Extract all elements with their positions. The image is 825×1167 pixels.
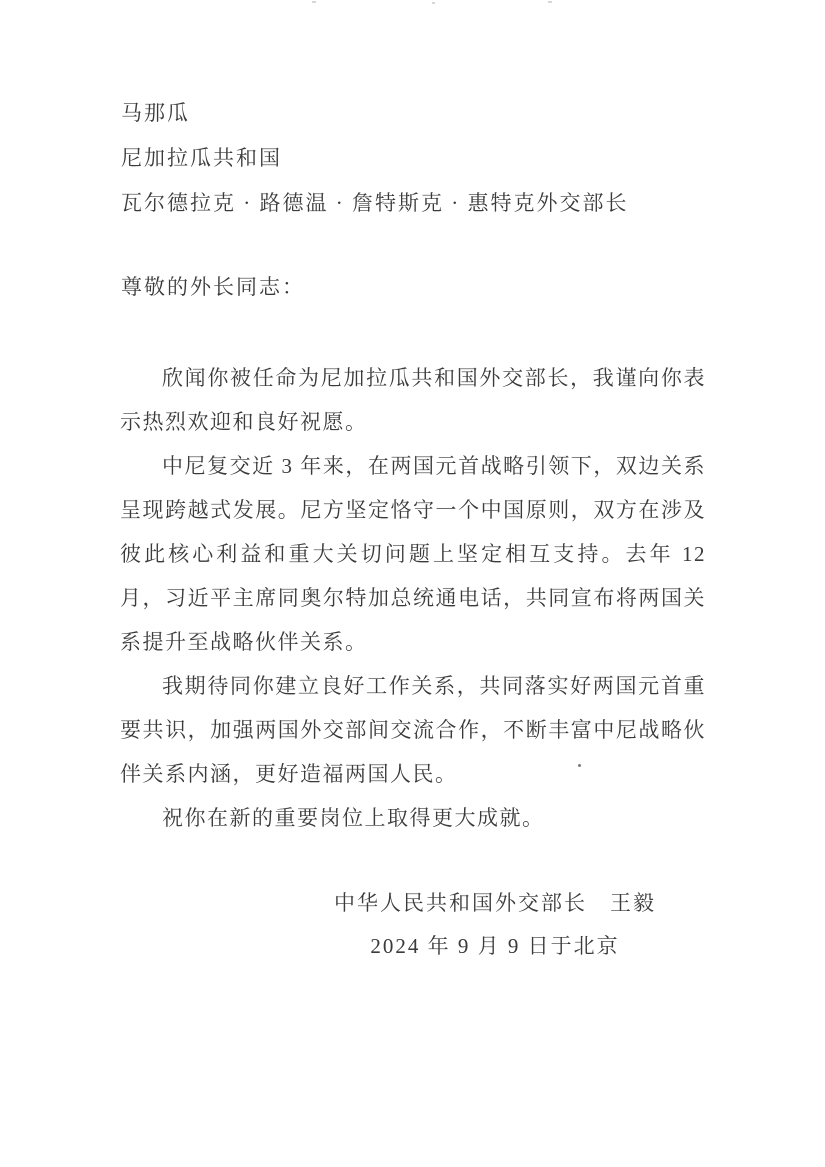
signature-line: 中华人民共和国外交部长 王毅: [245, 882, 745, 925]
scan-speck: [548, 1, 552, 3]
recipient-country: 尼加拉瓜共和国: [121, 136, 628, 181]
body-paragraph-3: 我期待同你建立良好工作关系，共同落实好两国元首重要共识，加强两国外交部间交流合作…: [120, 664, 706, 796]
body-paragraph-4: 祝你在新的重要岗位上取得更大成就。: [120, 796, 706, 840]
signature-block: 中华人民共和国外交部长 王毅 2024 年 9 月 9 日于北京: [245, 882, 745, 968]
scan-artifact-dot: [578, 764, 581, 767]
recipient-city: 马那瓜: [121, 91, 628, 136]
scan-speck: [312, 1, 316, 3]
letter-page: 马那瓜 尼加拉瓜共和国 瓦尔德拉克 · 路德温 · 詹特斯克 · 惠特克外交部长…: [0, 0, 825, 1167]
body-paragraph-2: 中尼复交近 3 年来，在两国元首战略引领下，双边关系呈现跨越式发展。尼方坚定恪守…: [120, 444, 706, 664]
date-line: 2024 年 9 月 9 日于北京: [245, 925, 745, 968]
recipient-block: 马那瓜 尼加拉瓜共和国 瓦尔德拉克 · 路德温 · 詹特斯克 · 惠特克外交部长: [121, 91, 628, 226]
body-paragraph-1: 欣闻你被任命为尼加拉瓜共和国外交部长，我谨向你表示热烈欢迎和良好祝愿。: [120, 356, 706, 444]
recipient-addressee: 瓦尔德拉克 · 路德温 · 詹特斯克 · 惠特克外交部长: [121, 181, 628, 226]
letter-body: 欣闻你被任命为尼加拉瓜共和国外交部长，我谨向你表示热烈欢迎和良好祝愿。 中尼复交…: [120, 356, 706, 840]
salutation: 尊敬的外长同志：: [121, 272, 305, 302]
scan-speck: [432, 2, 435, 4]
